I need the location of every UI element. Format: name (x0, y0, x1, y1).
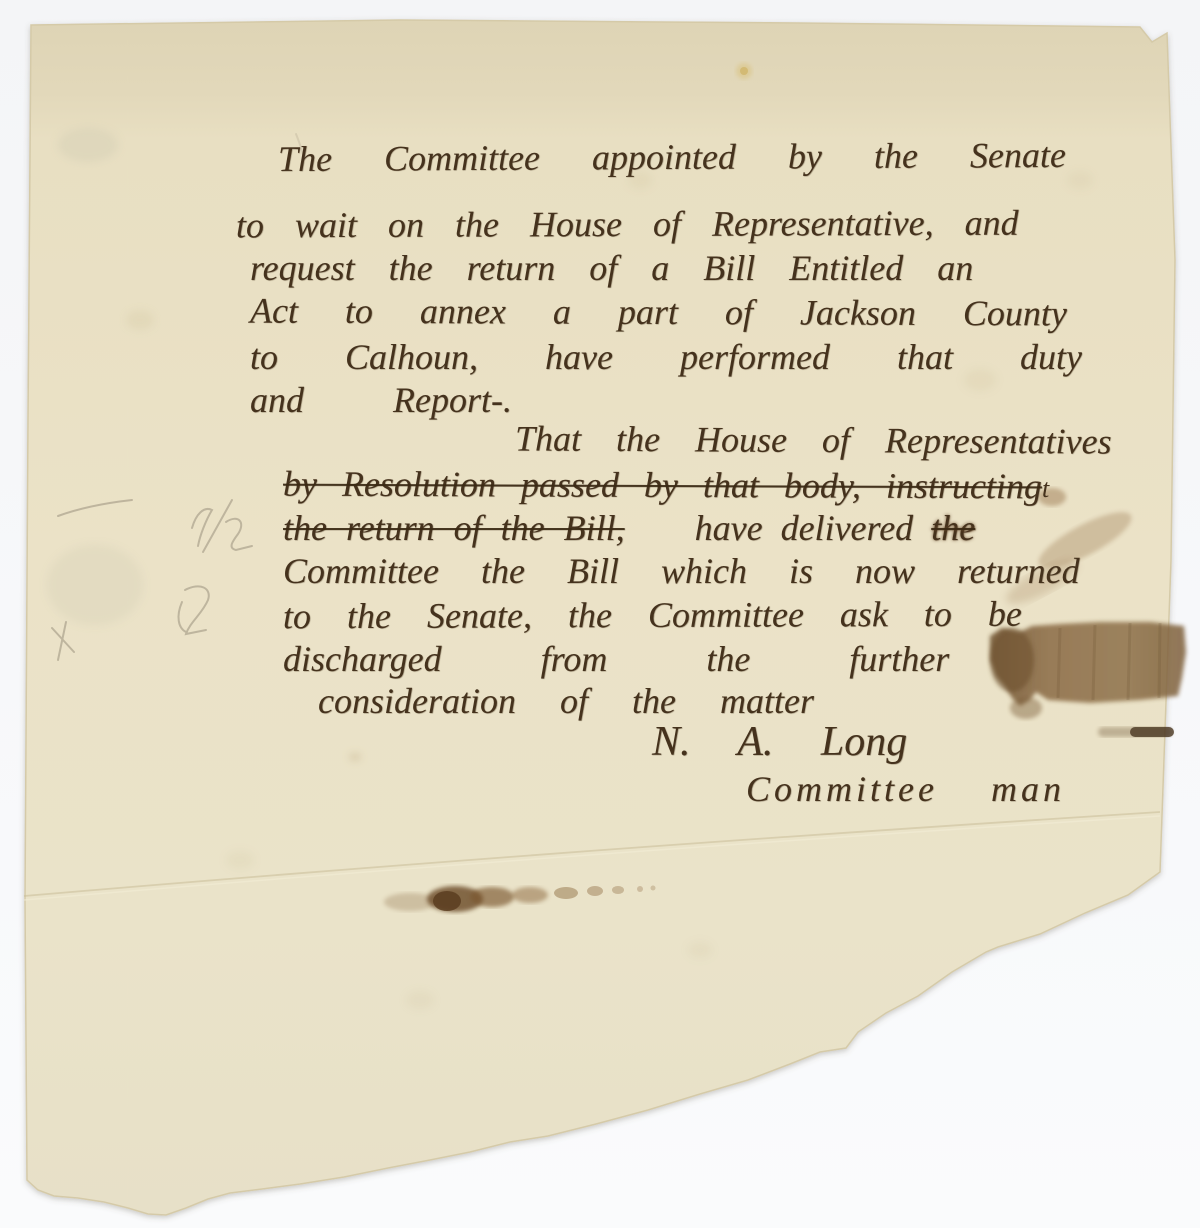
struck-phrase: the return of the Bill, (283, 508, 625, 548)
inserted-letter: t (1042, 474, 1049, 504)
handwritten-line-11: to the Senate, the Committee ask to be (283, 593, 1022, 638)
handwritten-line-7: That the House of Representatives (515, 417, 1112, 462)
handwritten-line-1: The Committee appointed by the Senate (278, 134, 1066, 180)
signature-name: N. A. Long (652, 718, 907, 766)
handwritten-text: The Committee appointed by the Senate to… (0, 0, 1200, 1228)
handwritten-line-2: to wait on the House of Representative, … (236, 202, 1019, 247)
handwritten-line-9: the return of the Bill,have deliveredthe (283, 507, 975, 549)
handwritten-line-4: Act to annex a part of Jackson County (250, 290, 1067, 335)
handwritten-line-3: request the return of a Bill Entitled an (250, 247, 973, 289)
handwritten-line-12: discharged from the further (283, 638, 949, 680)
kept-phrase: have delivered (695, 508, 914, 548)
document-scan: The Committee appointed by the Senate to… (0, 0, 1200, 1228)
handwritten-line-13: consideration of the matter (318, 680, 814, 722)
handwritten-line-5: to Calhoun, have performed that duty (250, 336, 1082, 378)
signature-role: Committee man (746, 768, 1065, 810)
handwritten-line-8-struck: by Resolution passed by that body, instr… (283, 463, 1042, 508)
handwritten-line-6: and Report-. (250, 379, 512, 421)
struck-word-smudged: the (931, 508, 975, 548)
handwritten-line-10: Committee the Bill which is now returned (283, 550, 1080, 592)
